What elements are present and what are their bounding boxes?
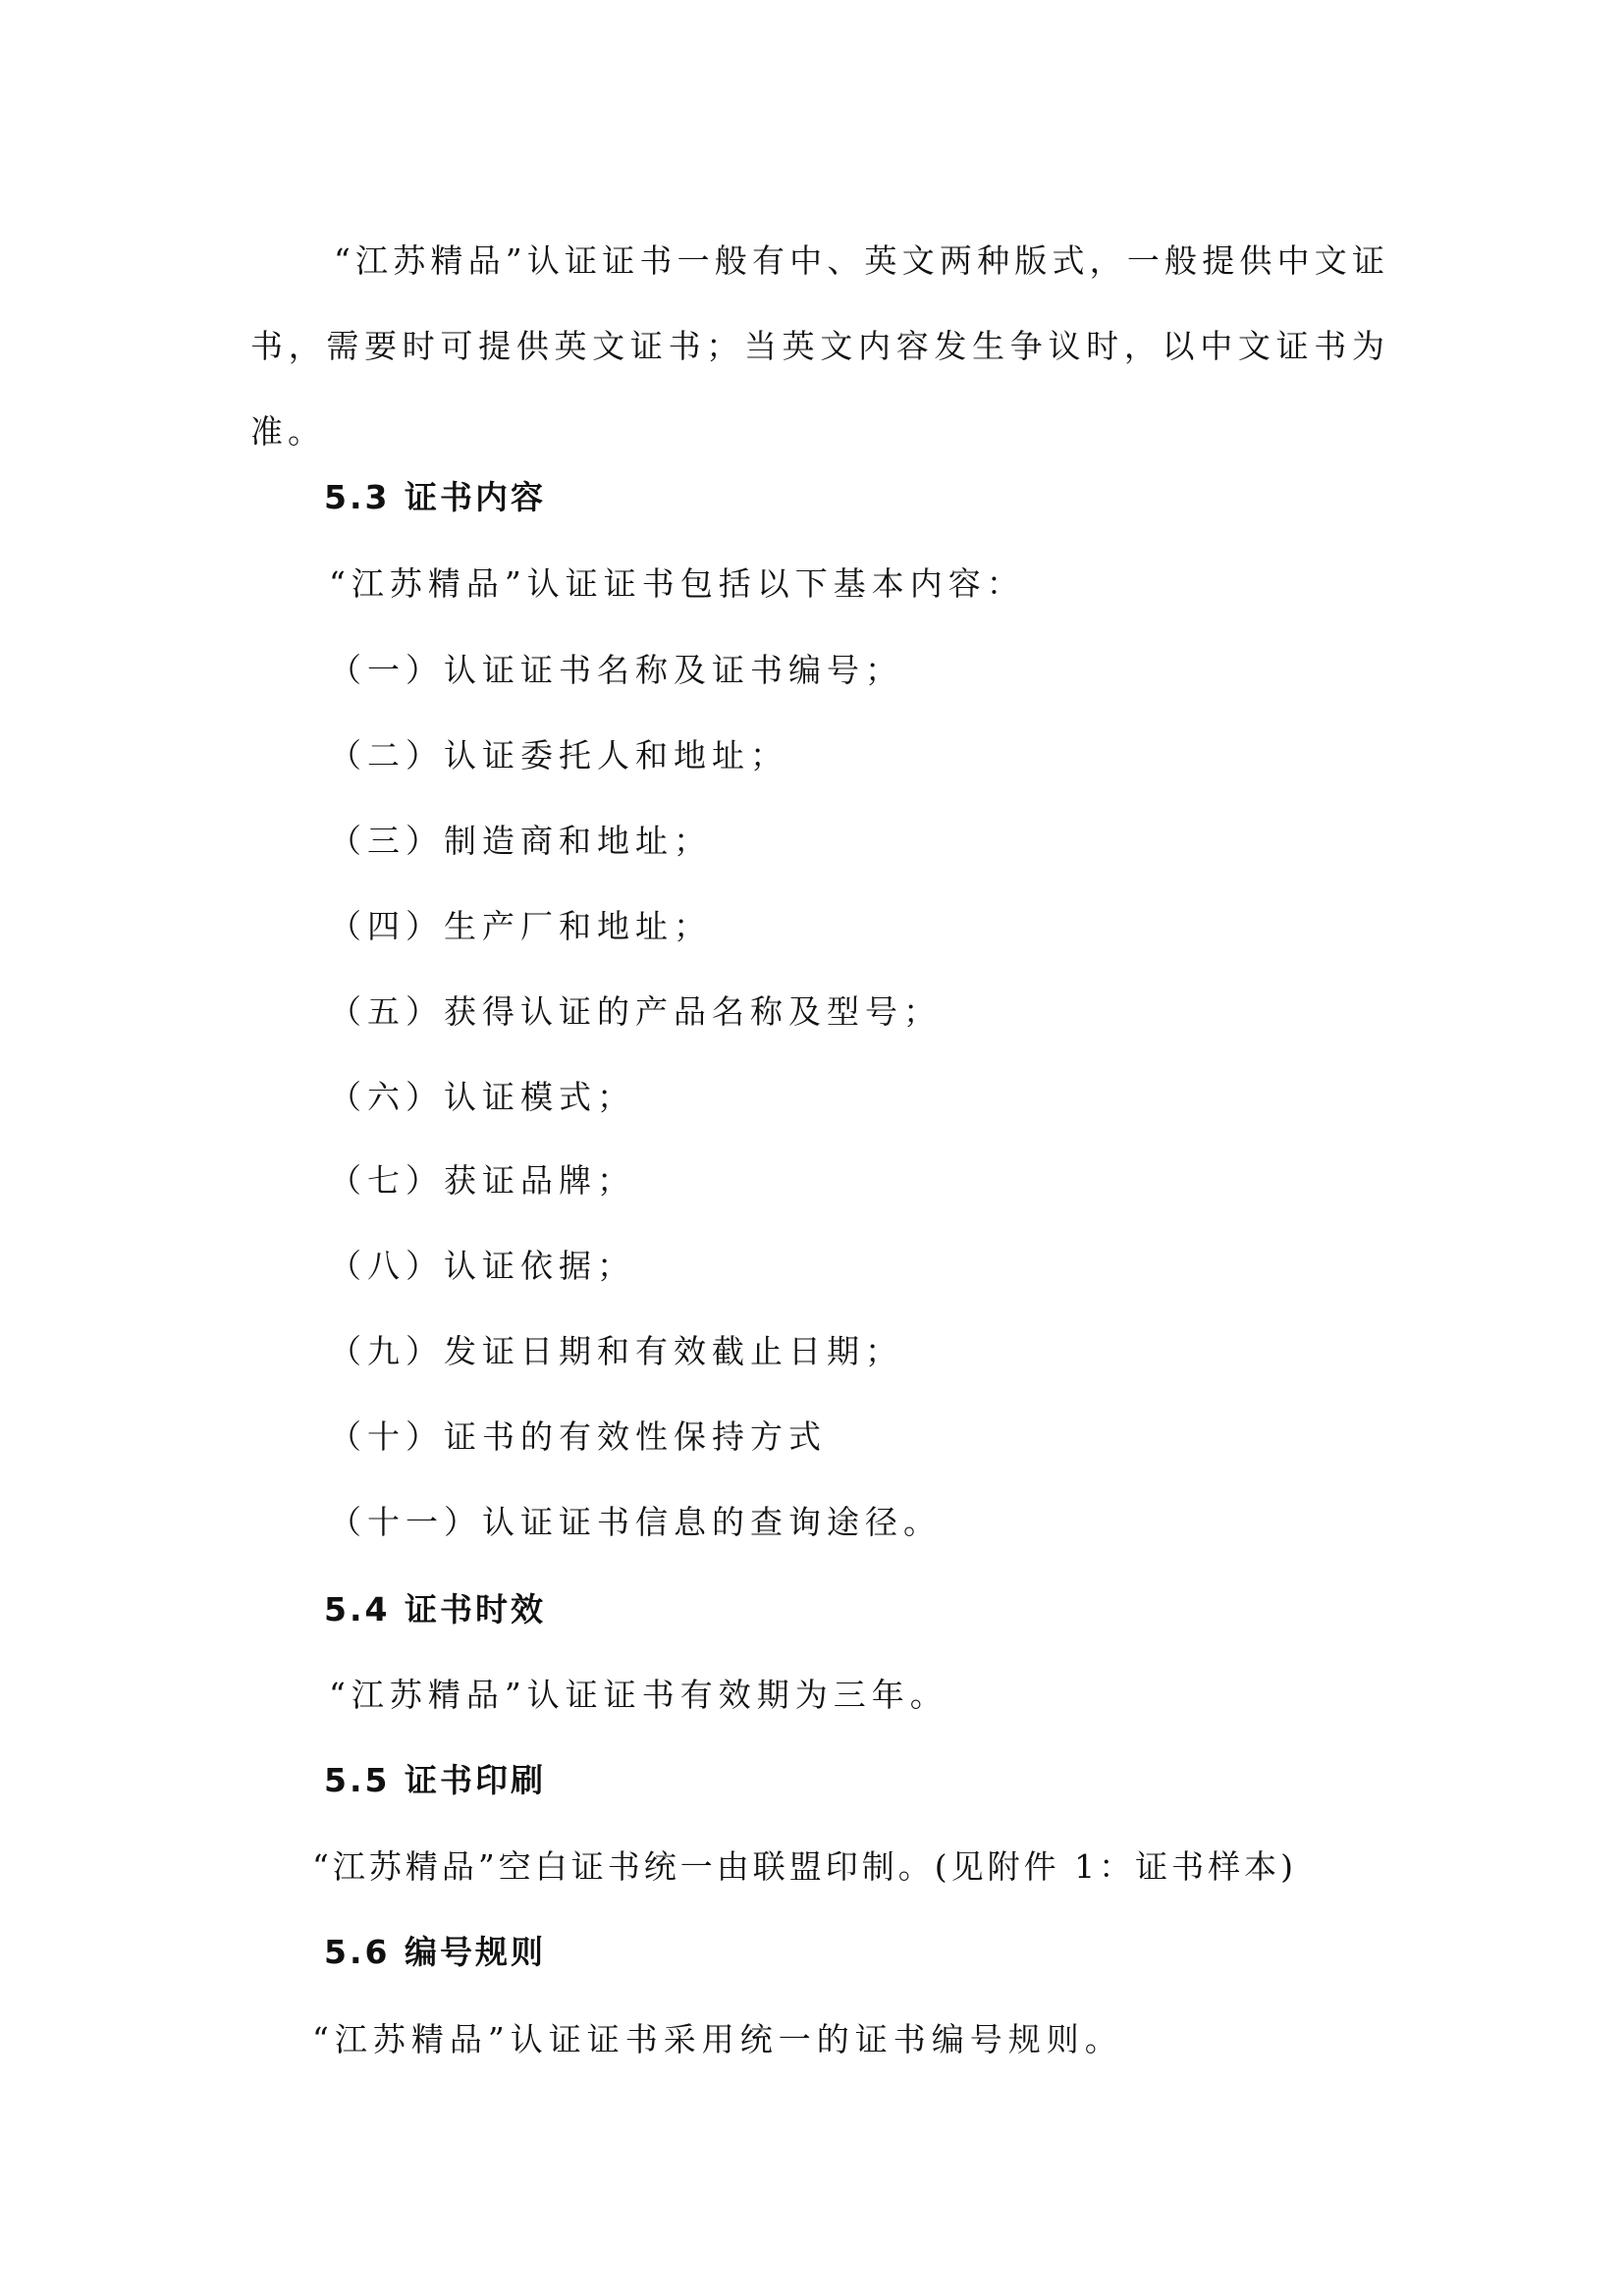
list-item: （七）获证品牌； xyxy=(329,1159,635,1202)
section-heading-5-4: 5.4 证书时效 xyxy=(324,1588,546,1631)
document-page: “江苏精品”认证证书一般有中、英文两种版式，一般提供中文证书，需要时可提供英文证… xyxy=(0,0,1624,2296)
list-item: （九）发证日期和有效截止日期； xyxy=(329,1330,903,1373)
list-item: （四）生产厂和地址； xyxy=(329,905,712,948)
intro-paragraph: “江苏精品”认证证书一般有中、英文两种版式，一般提供中文证书，需要时可提供英文证… xyxy=(250,218,1389,474)
section-heading-5-5: 5.5 证书印刷 xyxy=(324,1759,546,1802)
section-5-3-intro: “江苏精品”认证证书包括以下基本内容： xyxy=(329,562,1025,606)
list-item: （十一）认证证书信息的查询途径。 xyxy=(329,1501,942,1544)
section-5-6-text: “江苏精品”认证证书采用统一的证书编号规则。 xyxy=(312,2018,1123,2061)
list-item: （一）认证证书名称及证书编号； xyxy=(329,649,903,692)
list-item: （十）证书的有效性保持方式 xyxy=(329,1415,827,1459)
section-5-4-text: “江苏精品”认证证书有效期为三年。 xyxy=(329,1674,948,1717)
list-item: （三）制造商和地址； xyxy=(329,820,712,863)
section-heading-5-6: 5.6 编号规则 xyxy=(324,1931,546,1974)
list-item: （二）认证委托人和地址； xyxy=(329,734,788,777)
list-item: （八）认证依据； xyxy=(329,1245,635,1288)
list-item: （五）获得认证的产品名称及型号； xyxy=(329,990,942,1034)
section-heading-5-3: 5.3 证书内容 xyxy=(324,476,546,519)
section-5-5-text: “江苏精品”空白证书统一由联盟印制。(见附件 1：证书样本) xyxy=(312,1845,1297,1889)
list-item: （六）认证模式； xyxy=(329,1076,635,1119)
